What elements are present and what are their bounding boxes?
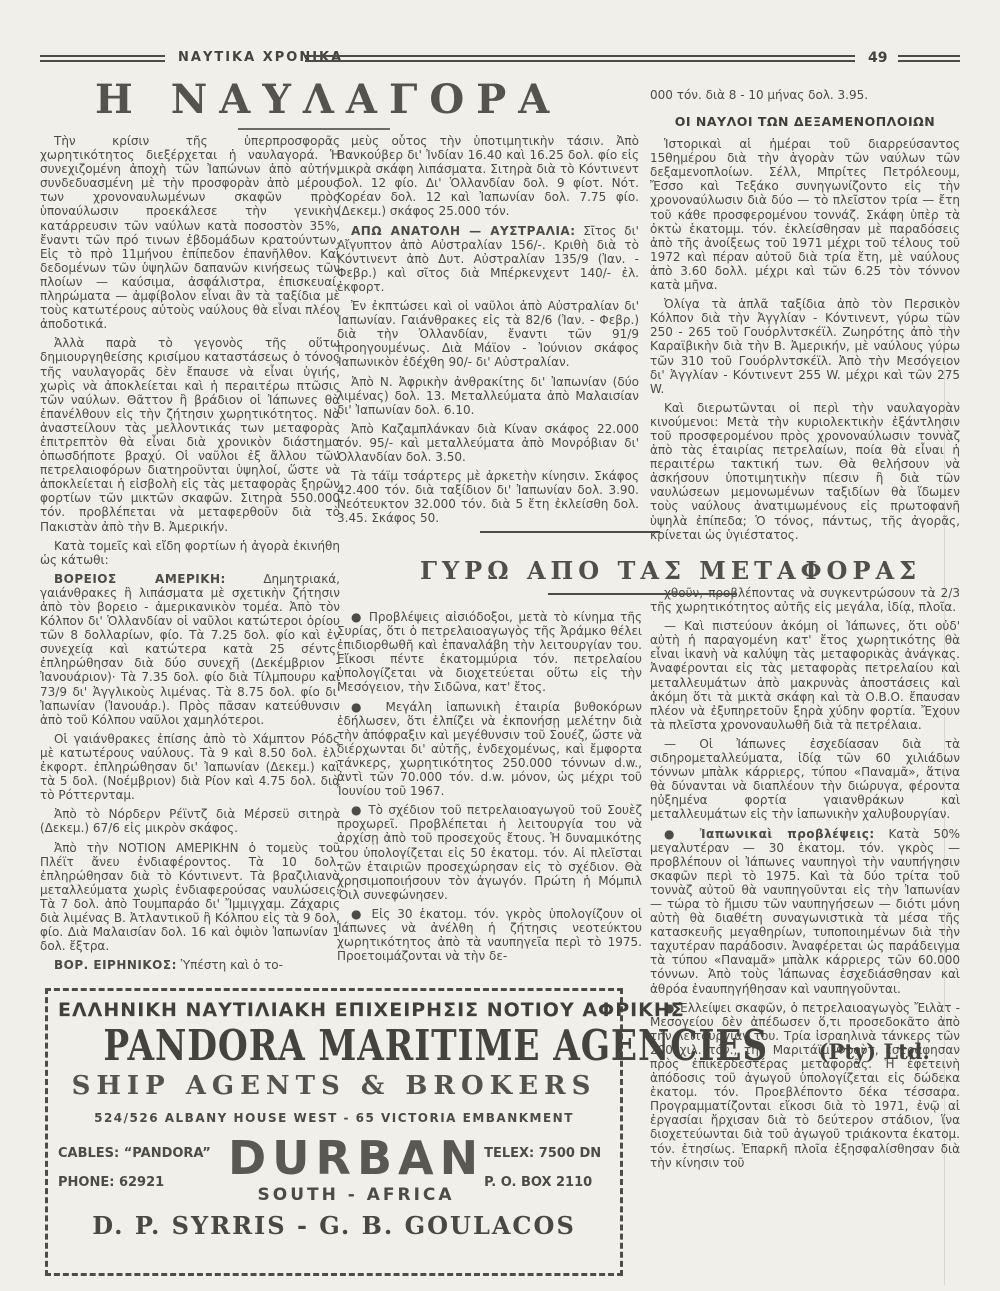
ad-contact-right: TELEX: 7500 DN P. O. BOX 2110	[484, 1146, 634, 1190]
ad-telex: TELEX: 7500 DN	[484, 1146, 634, 1161]
page-edge-shadow	[944, 300, 945, 1285]
paragraph: ΒΟΡΕΙΟΣ ΑΜΕΡΙΚΗ: Δημητριακά, γαιάνθρακες…	[40, 572, 340, 727]
transport-column-1: ● Προβλέψεις αἰσιόδοξοι, μετὰ τὸ κίνημα …	[337, 610, 642, 978]
transport-column-2: χθοῦν, προβλέποντας νὰ συγκεντρώσουν τὰ …	[650, 586, 960, 1286]
paragraph: Καὶ διερωτῶνται οἱ περὶ τὴν ναυλαγορὰν κ…	[650, 401, 960, 542]
ad-contact-left: CABLES: “PANDORA” PHONE: 62921	[58, 1146, 228, 1190]
paragraph: ● Ἰαπωνικαὶ προβλέψεις: Κατὰ 50% μεγαλυτ…	[650, 827, 960, 996]
paragraph: ΑΠΩ ΑΝΑΤΟΛΗ — ΑΥΣΤΡΑΛΙΑ: Σῖτος δι' Αἴγυπ…	[337, 224, 639, 294]
paragraph: Ἀπὸ Καζαμπλάνκαν διὰ Κίναν σκάφος 22.000…	[337, 422, 639, 464]
paragraph: — Καὶ πιστεύουν ἀκόμη οἱ Ἰάπωνες, ὅτι οὐ…	[650, 619, 960, 732]
paragraph: ● Μεγάλη ἰαπωνικὴ ἑταιρία βυθοκόρων ἐδήλ…	[337, 700, 642, 799]
paragraph: ΒΟΡ. ΕΙΡΗΝΙΚΟΣ: Ὑπέστη καὶ ὁ το-	[40, 958, 340, 972]
ad-city: DURBAN	[228, 1131, 484, 1185]
paragraph: μεὺς οὗτος τὴν ὑποτιμητικὴν τάσιν. Ἀπὸ Β…	[337, 134, 639, 219]
paragraph: Ἐν ἐκπτώσει καὶ οἱ ναῦλοι ἀπὸ Αὐστραλίαν…	[337, 299, 639, 369]
transport-section-title: ΓΥΡΩ ΑΠΟ ΤΑΣ ΜΕΤΑΦΟΡΑΣ	[420, 556, 850, 585]
paragraph: Ἀπὸ Ν. Ἀφρικὴν ἀνθρακίτης δι' Ἰαπωνίαν (…	[337, 375, 639, 417]
ad-brand-row: PANDORA MARITIME AGENCIES (Pty) Ltd.	[58, 1023, 610, 1069]
paragraph: — Οἱ Ἰάπωνες ἐσχεδίασαν διὰ τὰ σιδηρομετ…	[650, 737, 960, 822]
ad-address: 524/526 ALBANY HOUSE WEST - 65 VICTORIA …	[58, 1111, 610, 1125]
ad-phone: PHONE: 62921	[58, 1175, 228, 1190]
article-column-1: Τὴν κρίσιν τῆς ὑπερπροσφορᾶς χωρητικότητ…	[40, 134, 340, 980]
tanker-section-heading: ΟΙ ΝΑΥΛΟΙ ΤΩΝ ΔΕΞΑΜΕΝΟΠΛΟΙΩΝ	[650, 114, 960, 129]
header-rule-right	[898, 55, 960, 62]
ad-subtitle: SHIP AGENTS & BROKERS	[58, 1071, 610, 1101]
ad-country: SOUTH - AFRICA	[228, 1185, 484, 1205]
paragraph: Οἱ γαιάνθρακες ἐπίσης ἀπὸ τὸ Χάμπτον Ρόδ…	[40, 732, 340, 802]
header-rule-middle	[305, 55, 855, 62]
carryover-line: 000 τόν. διὰ 8 - 10 μήνας δολ. 3.95.	[650, 88, 960, 102]
paragraph: Τὰ τάϊμ τσάρτερς μὲ ἀρκετὴν κίνησιν. Σκά…	[337, 469, 639, 525]
header-rule-left	[40, 55, 165, 62]
paragraph: Ἀπὸ τὸ Νόρδερν Ρέϊντζ διὰ Μέρσεϋ σιτηρὰ …	[40, 807, 340, 835]
ad-principals: D. P. SYRRIS - G. B. GOULACOS	[58, 1211, 610, 1240]
paragraph: Ἀλλὰ παρὰ τὸ γεγονὸς τῆς οὕτω δημιουργηθ…	[40, 336, 340, 533]
title-underline	[238, 128, 390, 130]
pandora-ad: ΕΛΛΗΝΙΚΗ ΝΑΥΤΙΛΙΑΚΗ ΕΠΙΧΕΙΡΗΣΙΣ ΝΟΤΙΟΥ Α…	[45, 988, 623, 1276]
paragraph: Ὀλίγα τὰ ἁπλᾶ ταξίδια ἀπὸ τὸν Περσικὸν Κ…	[650, 297, 960, 396]
page-number: 49	[868, 50, 887, 66]
ad-cables: CABLES: “PANDORA”	[58, 1146, 228, 1161]
paragraph: Ἀπὸ τὴν ΝΟΤΙΟΝ ΑΜΕΡΙΚΗΝ ὁ τομεὺς τοῦ Πλέ…	[40, 841, 340, 954]
paragraph: Ἱστορικαὶ αἱ ἡμέραι τοῦ διαρρεύσαντος 15…	[650, 137, 960, 292]
ad-contact-center: DURBAN SOUTH - AFRICA	[228, 1131, 484, 1205]
ad-brand-suffix: (Pty) Ltd.	[818, 1039, 929, 1064]
paragraph: ● Εἰς 30 ἑκατομ. τόν. γκρὸς ὑπολογίζουν …	[337, 907, 642, 963]
paragraph: χθοῦν, προβλέποντας νὰ συγκεντρώσουν τὰ …	[650, 586, 960, 614]
article-title: Η ΝΑΥΛΑΓΟΡΑ	[95, 76, 525, 123]
article-column-2: μεὺς οὗτος τὴν ὑποτιμητικὴν τάσιν. Ἀπὸ Β…	[337, 134, 639, 534]
ad-greek-headline: ΕΛΛΗΝΙΚΗ ΝΑΥΤΙΛΙΑΚΗ ΕΠΙΧΕΙΡΗΣΙΣ ΝΟΤΙΟΥ Α…	[58, 999, 610, 1021]
paragraph: ● Τὸ σχέδιον τοῦ πετρελαιοαγωγοῦ τοῦ Σου…	[337, 803, 642, 902]
ad-pobox: P. O. BOX 2110	[484, 1175, 634, 1190]
ad-contact-block: CABLES: “PANDORA” PHONE: 62921 DURBAN SO…	[58, 1131, 610, 1205]
section-divider-rule	[480, 531, 660, 533]
paragraph: Κατὰ τομεῖς καὶ εἴδη φορτίων ἡ ἀγορὰ ἐκι…	[40, 539, 340, 567]
paragraph: ● Προβλέψεις αἰσιόδοξοι, μετὰ τὸ κίνημα …	[337, 610, 642, 695]
ad-brand-name: PANDORA MARITIME AGENCIES	[103, 1021, 768, 1071]
article-column-3: 000 τόν. διὰ 8 - 10 μήνας δολ. 3.95. ΟΙ …	[650, 88, 960, 543]
paragraph: Τὴν κρίσιν τῆς ὑπερπροσφορᾶς χωρητικότητ…	[40, 134, 340, 331]
